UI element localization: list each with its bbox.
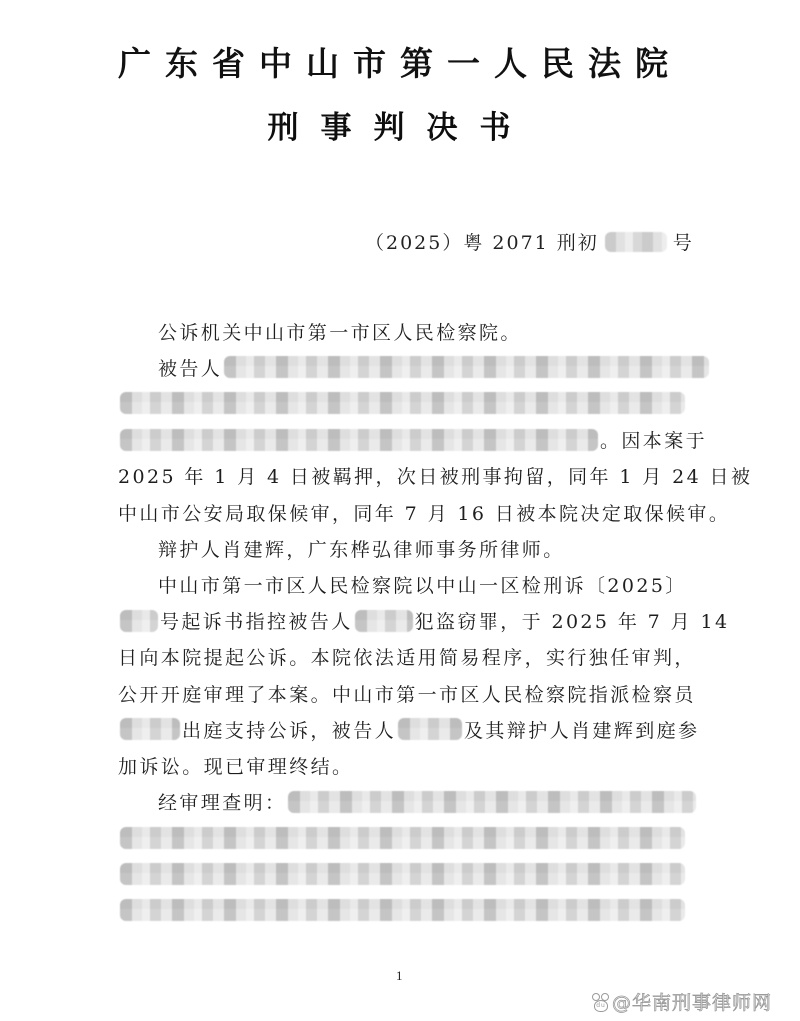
line-text: 中山市公安局取保候审，同年 7 月 16 日被本院决定取保候审。 xyxy=(118,499,730,526)
case-number-suffix: 号 xyxy=(673,228,694,255)
source-watermark: du @华南刑事律师网 xyxy=(590,988,772,1015)
body-line: 经审理查明： xyxy=(158,788,698,816)
line-text: 及其辩护人肖建辉到庭参 xyxy=(464,716,699,743)
line-text: 。因本案于 xyxy=(600,426,707,453)
line-text: 日向本院提起公诉。本院依法适用简易程序，实行独任审判， xyxy=(118,643,696,670)
redacted-text xyxy=(120,863,685,885)
line-text: 加诉讼。现已审理终结。 xyxy=(118,752,353,779)
page-number: 1 xyxy=(396,968,403,984)
redacted-text xyxy=(120,899,685,921)
redacted-text xyxy=(120,827,685,849)
redacted-text xyxy=(120,429,598,451)
line-text: 公开开庭审理了本案。中山市第一市区人民检察院指派检察员 xyxy=(118,680,696,707)
redacted-text xyxy=(120,718,180,740)
body-line xyxy=(118,824,687,852)
body-line: 公诉机关中山市第一市区人民检察院。 xyxy=(158,317,522,345)
line-text: 被告人 xyxy=(158,354,222,381)
body-line xyxy=(118,389,687,417)
redacted-text xyxy=(120,392,685,414)
body-line: 中山市第一市区人民检察院以中山一区检刑诉〔2025〕 xyxy=(158,570,687,598)
document-type-title: 刑事判决书 xyxy=(0,102,800,147)
baidu-paw-icon: du xyxy=(590,992,610,1012)
line-text: 辩护人肖建辉，广东桦弘律师事务所律师。 xyxy=(158,535,565,562)
line-text: 经审理查明： xyxy=(158,788,286,815)
redacted-text xyxy=(355,610,413,632)
body-line: 2025 年 1 月 4 日被羁押，次日被刑事拘留，同年 1 月 24 日被 xyxy=(118,462,752,490)
line-text: 2025 年 1 月 4 日被羁押，次日被刑事拘留，同年 1 月 24 日被 xyxy=(118,462,752,489)
redacted-text xyxy=(224,356,709,378)
body-line: 号起诉书指控被告人犯盗窃罪，于 2025 年 7 月 14 xyxy=(118,607,729,635)
redacted-text xyxy=(398,718,462,740)
case-number: （2025）粤 2071 刑初 号 xyxy=(365,228,694,255)
body-line: 公开开庭审理了本案。中山市第一市区人民检察院指派检察员 xyxy=(118,679,696,707)
body-line: 日向本院提起公诉。本院依法适用简易程序，实行独任审判， xyxy=(118,643,696,671)
body-line: 加诉讼。现已审理终结。 xyxy=(118,751,353,779)
redacted-text xyxy=(288,791,696,813)
body-line: 。因本案于 xyxy=(118,426,707,454)
body-line: 中山市公安局取保候审，同年 7 月 16 日被本院决定取保候审。 xyxy=(118,498,730,526)
body-line xyxy=(118,896,687,924)
line-text: 号起诉书指控被告人 xyxy=(160,607,353,634)
redacted-case-number xyxy=(605,232,667,252)
judgment-page: 广东省中山市第一人民法院 刑事判决书 （2025）粤 2071 刑初 号 公诉机… xyxy=(0,0,800,1021)
line-text: 中山市第一市区人民检察院以中山一区检刑诉〔2025〕 xyxy=(158,571,687,598)
body-line: 被告人 xyxy=(158,353,711,381)
court-name: 广东省中山市第一人民法院 xyxy=(0,38,800,85)
watermark-text: @华南刑事律师网 xyxy=(612,988,772,1015)
body-line: 辩护人肖建辉，广东桦弘律师事务所律师。 xyxy=(158,534,565,562)
line-text: 公诉机关中山市第一市区人民检察院。 xyxy=(158,318,522,345)
body-line: 出庭支持公诉，被告人及其辩护人肖建辉到庭参 xyxy=(118,715,699,743)
redacted-text xyxy=(120,610,158,632)
line-text: 出庭支持公诉，被告人 xyxy=(182,716,396,743)
line-text: 犯盗窃罪，于 2025 年 7 月 14 xyxy=(415,607,730,634)
case-number-prefix: （2025）粤 2071 刑初 xyxy=(365,228,599,255)
body-line xyxy=(118,860,687,888)
